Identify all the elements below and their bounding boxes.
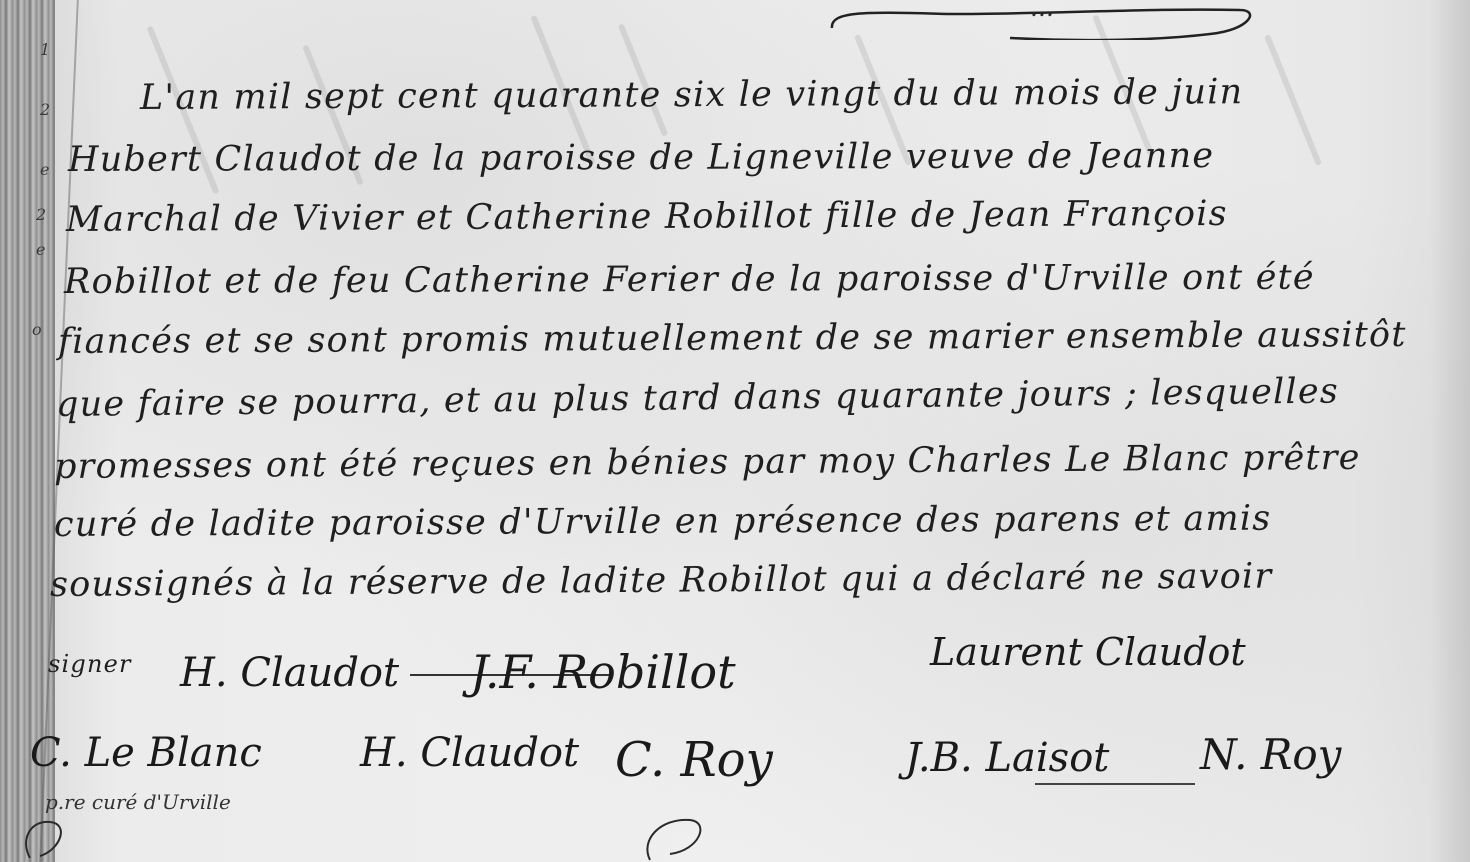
body-line-5: fiancés et se sont promis mutuellement d… <box>58 315 1407 362</box>
signature-underline <box>1035 783 1195 785</box>
signature-c-roy: C. Roy <box>615 732 773 788</box>
signature-jb-laisot: J.B. Laisot <box>905 735 1109 781</box>
margin-note: o <box>32 320 42 339</box>
body-line-9: soussignés à la réserve de ladite Robill… <box>50 556 1273 605</box>
body-line-2: Hubert Claudot de la paroisse de Lignevi… <box>68 136 1214 180</box>
page-edge <box>1430 0 1470 862</box>
body-line-8: curé de ladite paroisse d'Urville en pré… <box>54 499 1272 545</box>
body-line-10: signer <box>48 650 132 678</box>
signature-jf-robillot: J.F. Robillot <box>470 645 736 699</box>
bleed-through-stroke <box>1264 34 1322 166</box>
header-text-fragment: … <box>1030 0 1055 22</box>
signature-h-claudot-2: H. Claudot <box>360 730 579 776</box>
body-line-1: L'an mil sept cent quarante six le vingt… <box>140 72 1243 118</box>
signature-h-claudot: H. Claudot <box>180 650 399 696</box>
next-entry-fragment <box>0 810 1470 862</box>
body-line-3: Marchal de Vivier et Catherine Robillot … <box>66 194 1228 240</box>
margin-note: e <box>40 160 49 179</box>
margin-note: 1 <box>40 40 50 59</box>
body-line-6: que faire se pourra, et au plus tard dan… <box>56 372 1339 425</box>
signature-n-roy: N. Roy <box>1200 730 1341 779</box>
signature-laurent-claudot: Laurent Claudot <box>930 630 1246 674</box>
document-page: 1 2 e 2 e o … L'an mil sept cent quarant… <box>0 0 1470 862</box>
signature-c-le-blanc: C. Le Blanc <box>30 730 262 776</box>
margin-note: e <box>36 240 45 259</box>
margin-note: 2 <box>36 205 46 224</box>
body-line-4: Robillot et de feu Catherine Ferier de l… <box>64 258 1315 302</box>
body-line-7: promesses ont été reçues en bénies par m… <box>54 438 1361 487</box>
margin-note: 2 <box>40 100 50 119</box>
